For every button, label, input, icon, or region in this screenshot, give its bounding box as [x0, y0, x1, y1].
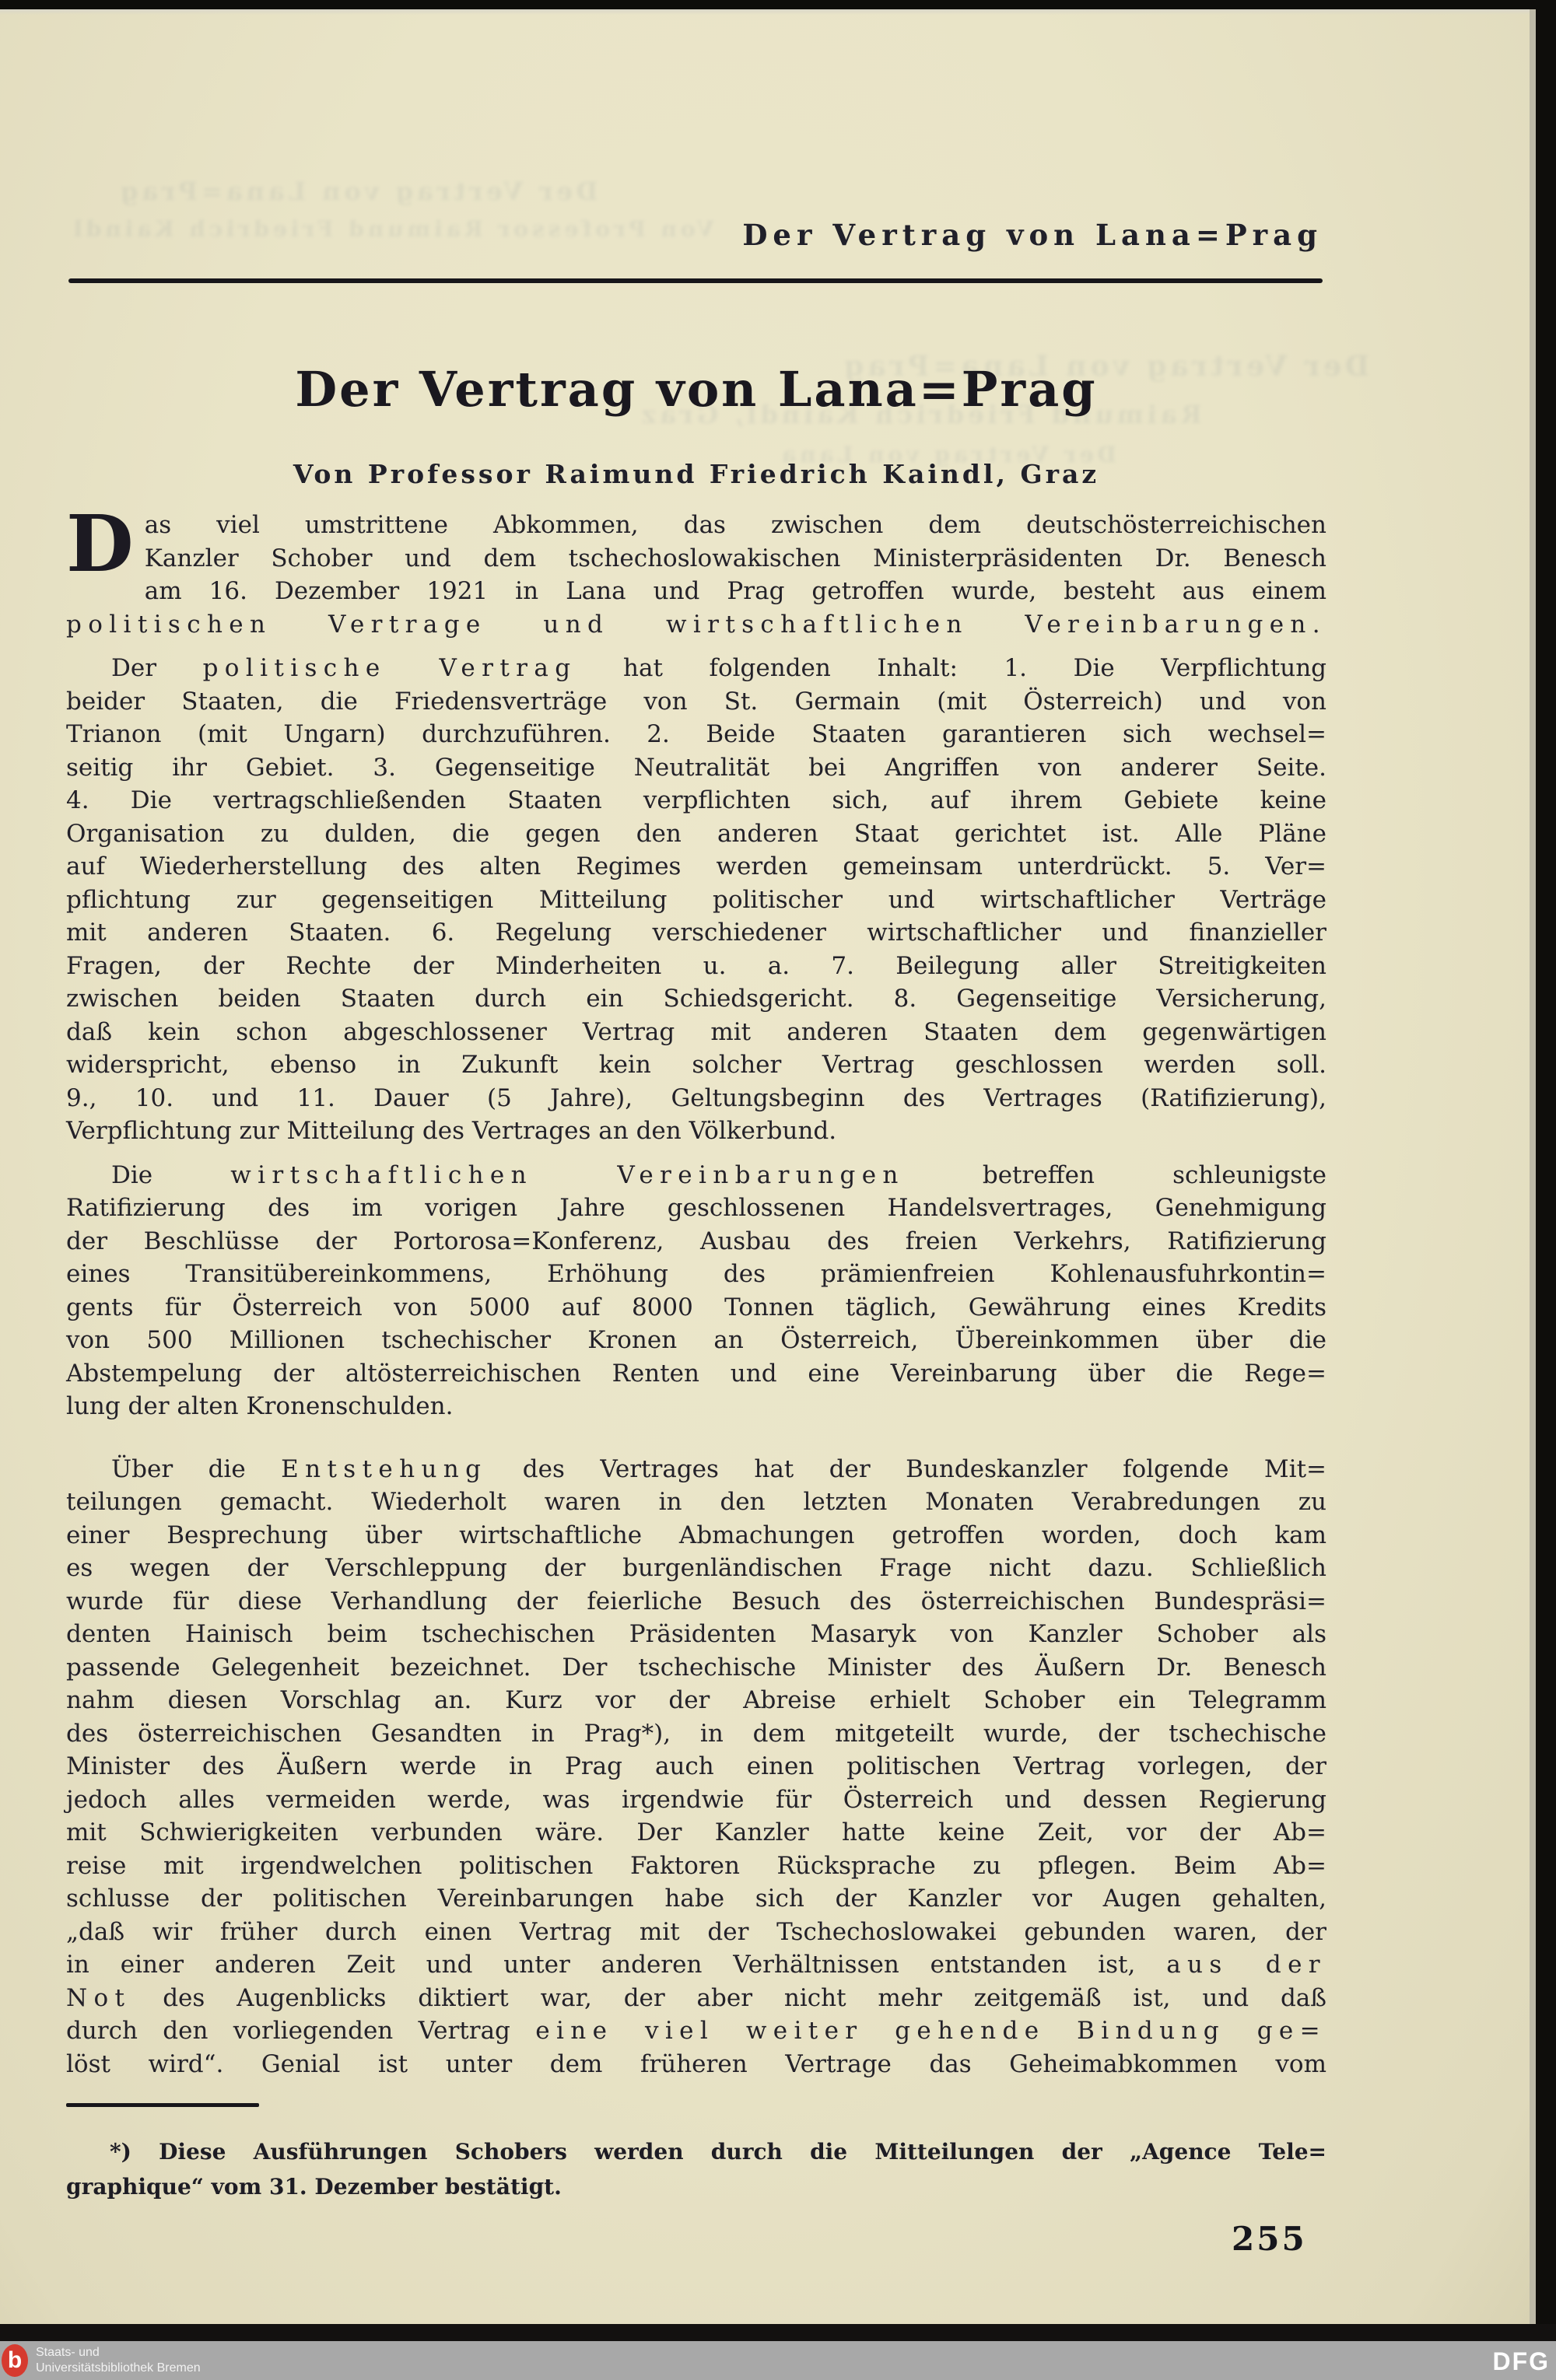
paragraph: Der politische Vertrag hat folgenden Inh…	[66, 652, 1326, 1148]
text-line: reise mit irgendwelchen politischen Fakt…	[66, 1850, 1326, 1883]
text-line: einer Besprechung über wirtschaftliche A…	[66, 1519, 1326, 1552]
paragraph: Das viel umstrittene Abkommen, das zwisc…	[66, 509, 1326, 641]
text-line: Fragen, der Rechte der Minderheiten u. a…	[66, 950, 1326, 983]
library-name-line1: Staats- und	[36, 2345, 201, 2361]
text-line: widerspricht, ebenso in Zukunft kein sol…	[66, 1048, 1326, 1082]
article-body: Das viel umstrittene Abkommen, das zwisc…	[66, 509, 1326, 2081]
text-line: des österreichischen Gesandten in Prag*)…	[66, 1717, 1326, 1751]
text-segment: Über die	[111, 1455, 281, 1483]
library-name: Staats- und Universitätsbibliothek Breme…	[36, 2345, 201, 2376]
footnote-rule	[66, 2103, 259, 2107]
paragraph: Über die Entstehung des Vertrages hat de…	[66, 1453, 1326, 2081]
footnote: *) Diese Ausführungen Schobers werden du…	[66, 2134, 1326, 2204]
text-line: *) Diese Ausführungen Schobers werden du…	[66, 2134, 1326, 2169]
letterspaced-text: Entstehung	[281, 1455, 487, 1483]
text-line: am 16. Dezember 1921 in Lana und Prag ge…	[66, 575, 1326, 608]
text-line: graphique“ vom 31. Dezember bestätigt.	[66, 2169, 1326, 2204]
text-segment: in einer anderen Zeit und unter anderen …	[66, 1951, 1166, 1979]
letterspaced-text: Not	[66, 1984, 131, 2012]
text-line: durch den vorliegenden Vertrag eine viel…	[66, 2014, 1326, 2048]
dfg-logo: DFG	[1492, 2347, 1550, 2376]
text-segment: des Vertrages hat der Bundeskanzler folg…	[487, 1455, 1326, 1483]
text-line: lung der alten Kronenschulden.	[66, 1390, 1326, 1423]
text-line: gents für Österreich von 5000 auf 8000 T…	[66, 1291, 1326, 1325]
text-line: schlusse der politischen Vereinbarungen …	[66, 1882, 1326, 1916]
text-line: pflichtung zur gegenseitigen Mitteilung …	[66, 884, 1326, 917]
library-logo: b	[2, 2344, 28, 2377]
text-segment: betreffen schleunigste	[905, 1161, 1326, 1189]
text-line: 9., 10. und 11. Dauer (5 Jahre), Geltung…	[66, 1082, 1326, 1115]
text-line: eines Transitübereinkommens, Erhöhung de…	[66, 1258, 1326, 1291]
text-line: „daß wir früher durch einen Vertrag mit …	[66, 1916, 1326, 1949]
letterspaced-text: eine viel weiter gehende Bindung ge=	[535, 2017, 1326, 2045]
text-line: von 500 Millionen tschechischer Kronen a…	[66, 1324, 1326, 1357]
text-line: Not des Augenblicks diktiert war, der ab…	[66, 1982, 1326, 2015]
letterspaced-text: aus der	[1166, 1951, 1326, 1979]
text-line: Organisation zu dulden, die gegen den an…	[66, 817, 1326, 851]
text-segment: Der	[111, 654, 203, 682]
text-line: as viel umstrittene Abkommen, das zwisch…	[66, 509, 1326, 542]
text-line: Ratifizierung des im vorigen Jahre gesch…	[66, 1192, 1326, 1225]
letterspaced-text: politische Vertrag	[203, 654, 577, 682]
text-line: beider Staaten, die Friedensverträge von…	[66, 685, 1326, 719]
page-paper: Der Vertrag von Lana=PragVon Professor R…	[0, 9, 1536, 2324]
text-line: teilungen gemacht. Wiederholt waren in d…	[66, 1486, 1326, 1519]
text-line: politischen Vertrage und wirtschaftliche…	[66, 608, 1326, 642]
article-byline: Von Professor Raimund Friedrich Kaindl, …	[66, 459, 1326, 489]
text-line: denten Hainisch beim tschechischen Präsi…	[66, 1618, 1326, 1651]
text-line: Der politische Vertrag hat folgenden Inh…	[66, 652, 1326, 685]
scanned-page: Der Vertrag von Lana=PragVon Professor R…	[0, 0, 1556, 2380]
text-line: mit anderen Staaten. 6. Regelung verschi…	[66, 916, 1326, 950]
text-line: wurde für diese Verhandlung der feierlic…	[66, 1585, 1326, 1619]
letterspaced-text: wirtschaftlichen Vereinbarungen	[230, 1161, 905, 1189]
text-segment: Die	[111, 1161, 230, 1189]
text-line: nahm diesen Vorschlag an. Kurz vor der A…	[66, 1684, 1326, 1717]
text-line: Trianon (mit Ungarn) durchzuführen. 2. B…	[66, 718, 1326, 751]
paragraph: Die wirtschaftlichen Vereinbarungen betr…	[66, 1159, 1326, 1423]
drop-cap: D	[66, 509, 145, 576]
text-line: daß kein schon abgeschlossener Vertrag m…	[66, 1016, 1326, 1049]
text-line: auf Wiederherstellung des alten Regimes …	[66, 850, 1326, 884]
library-logo-letter: b	[8, 2349, 22, 2372]
text-line: Verpflichtung zur Mitteilung des Vertrag…	[66, 1115, 1326, 1148]
text-segment: hat folgenden Inhalt: 1. Die Verpflichtu…	[576, 654, 1326, 682]
text-line: es wegen der Verschleppung der burgenlän…	[66, 1552, 1326, 1585]
text-line: der Beschlüsse der Portorosa=Konferenz, …	[66, 1225, 1326, 1258]
text-line: Minister des Äußern werde in Prag auch e…	[66, 1750, 1326, 1783]
text-line: zwischen beiden Staaten durch ein Schied…	[66, 982, 1326, 1016]
text-line: Die wirtschaftlichen Vereinbarungen betr…	[66, 1159, 1326, 1192]
article-title: Der Vertrag von Lana=Prag	[66, 361, 1326, 418]
text-line: 4. Die vertragschließenden Staaten verpf…	[66, 784, 1326, 817]
page-number: 255	[1232, 2220, 1307, 2258]
text-line: passende Gelegenheit bezeichnet. Der tsc…	[66, 1651, 1326, 1685]
library-name-line2: Universitätsbibliothek Bremen	[36, 2361, 201, 2376]
text-line: mit Schwierigkeiten verbunden wäre. Der …	[66, 1816, 1326, 1850]
text-line: löst wird“. Genial ist unter dem frühere…	[66, 2048, 1326, 2081]
text-line: Über die Entstehung des Vertrages hat de…	[66, 1453, 1326, 1486]
text-line: in einer anderen Zeit und unter anderen …	[66, 1948, 1326, 1982]
text-segment: durch den vorliegenden Vertrag	[66, 2017, 535, 2045]
text-line: seitig ihr Gebiet. 3. Gegenseitige Neutr…	[66, 751, 1326, 785]
text-line: Kanzler Schober und dem tschechoslowakis…	[66, 542, 1326, 576]
scan-edge-bottom	[0, 2324, 1556, 2341]
letterspaced-text: politischen Vertrage und wirtschaftliche…	[66, 611, 1326, 639]
bleed-through-line: Der Vertrag von Lana=Prag	[117, 177, 598, 206]
scanner-footer: b Staats- und Universitätsbibliothek Bre…	[0, 2341, 1556, 2380]
text-line: Abstempelung der altösterreichischen Ren…	[66, 1357, 1326, 1391]
text-segment: des Augenblicks diktiert war, der aber n…	[131, 1984, 1326, 2012]
text-line: jedoch alles vermeiden werde, was irgend…	[66, 1783, 1326, 1817]
header-rule	[68, 278, 1323, 283]
running-head: Der Vertrag von Lana=Prag	[66, 218, 1323, 252]
